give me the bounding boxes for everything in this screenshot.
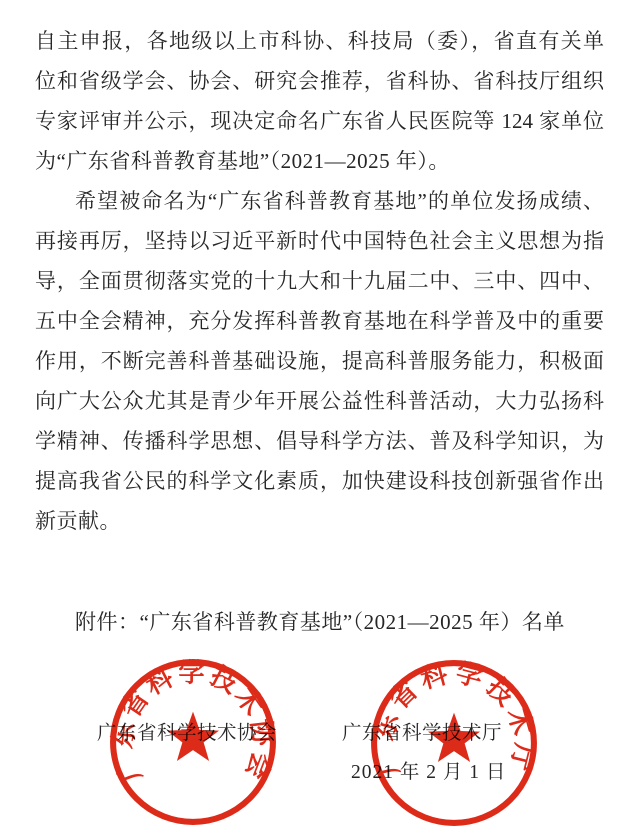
seal-arc-text: 广东省科学技术厅: [369, 658, 539, 778]
body-line: 再接再厉，坚持以习近平新时代中国特色社会主义思想为指: [35, 221, 604, 261]
signature-org-right: 广东省科学技术厅: [342, 723, 502, 745]
body-line: 作用，不断完善科普基础设施，提高科普服务能力，积极面: [35, 341, 604, 381]
body-text: 自主申报，各地级以上市科协、科技局（委），省直有关单 位和省级学会、协会、研究会…: [35, 21, 604, 541]
body-line: 五中全会精神，充分发挥科普教育基地在科学普及中的重要: [35, 301, 604, 341]
body-line: 希望被命名为“广东省科普教育基地”的单位发扬成绩、: [35, 181, 604, 221]
body-line: 位和省级学会、协会、研究会推荐，省科协、省科技厅组织: [35, 61, 604, 101]
attachment-line: 附件：“广东省科普教育基地”（2021—2025 年）名单: [35, 602, 604, 642]
body-line: 导，全面贯彻落实党的十九大和十九届二中、三中、四中、: [35, 261, 604, 301]
body-line: 自主申报，各地级以上市科协、科技局（委），省直有关单: [35, 21, 604, 61]
body-line: 学精神、传播科学思想、倡导科学方法、普及科学知识，为: [35, 421, 604, 461]
body-line: 新贡献。: [35, 501, 604, 541]
body-line: 向广大公众尤其是青少年开展公益性科普活动，大力弘扬科: [35, 381, 604, 421]
body-line: 为“广东省科普教育基地”（2021—2025 年）。: [35, 141, 604, 181]
signature-date: 2021 年 2 月 1 日: [351, 762, 506, 784]
document-page: 自主申报，各地级以上市科协、科技局（委），省直有关单 位和省级学会、协会、研究会…: [0, 0, 628, 839]
body-line: 提高我省公民的科学文化素质，加快建设科技创新强省作出: [35, 461, 604, 501]
body-line: 专家评审并公示，现决定命名广东省人民医院等 124 家单位: [35, 101, 604, 141]
signature-org-left: 广东省科学技术协会: [97, 723, 277, 745]
